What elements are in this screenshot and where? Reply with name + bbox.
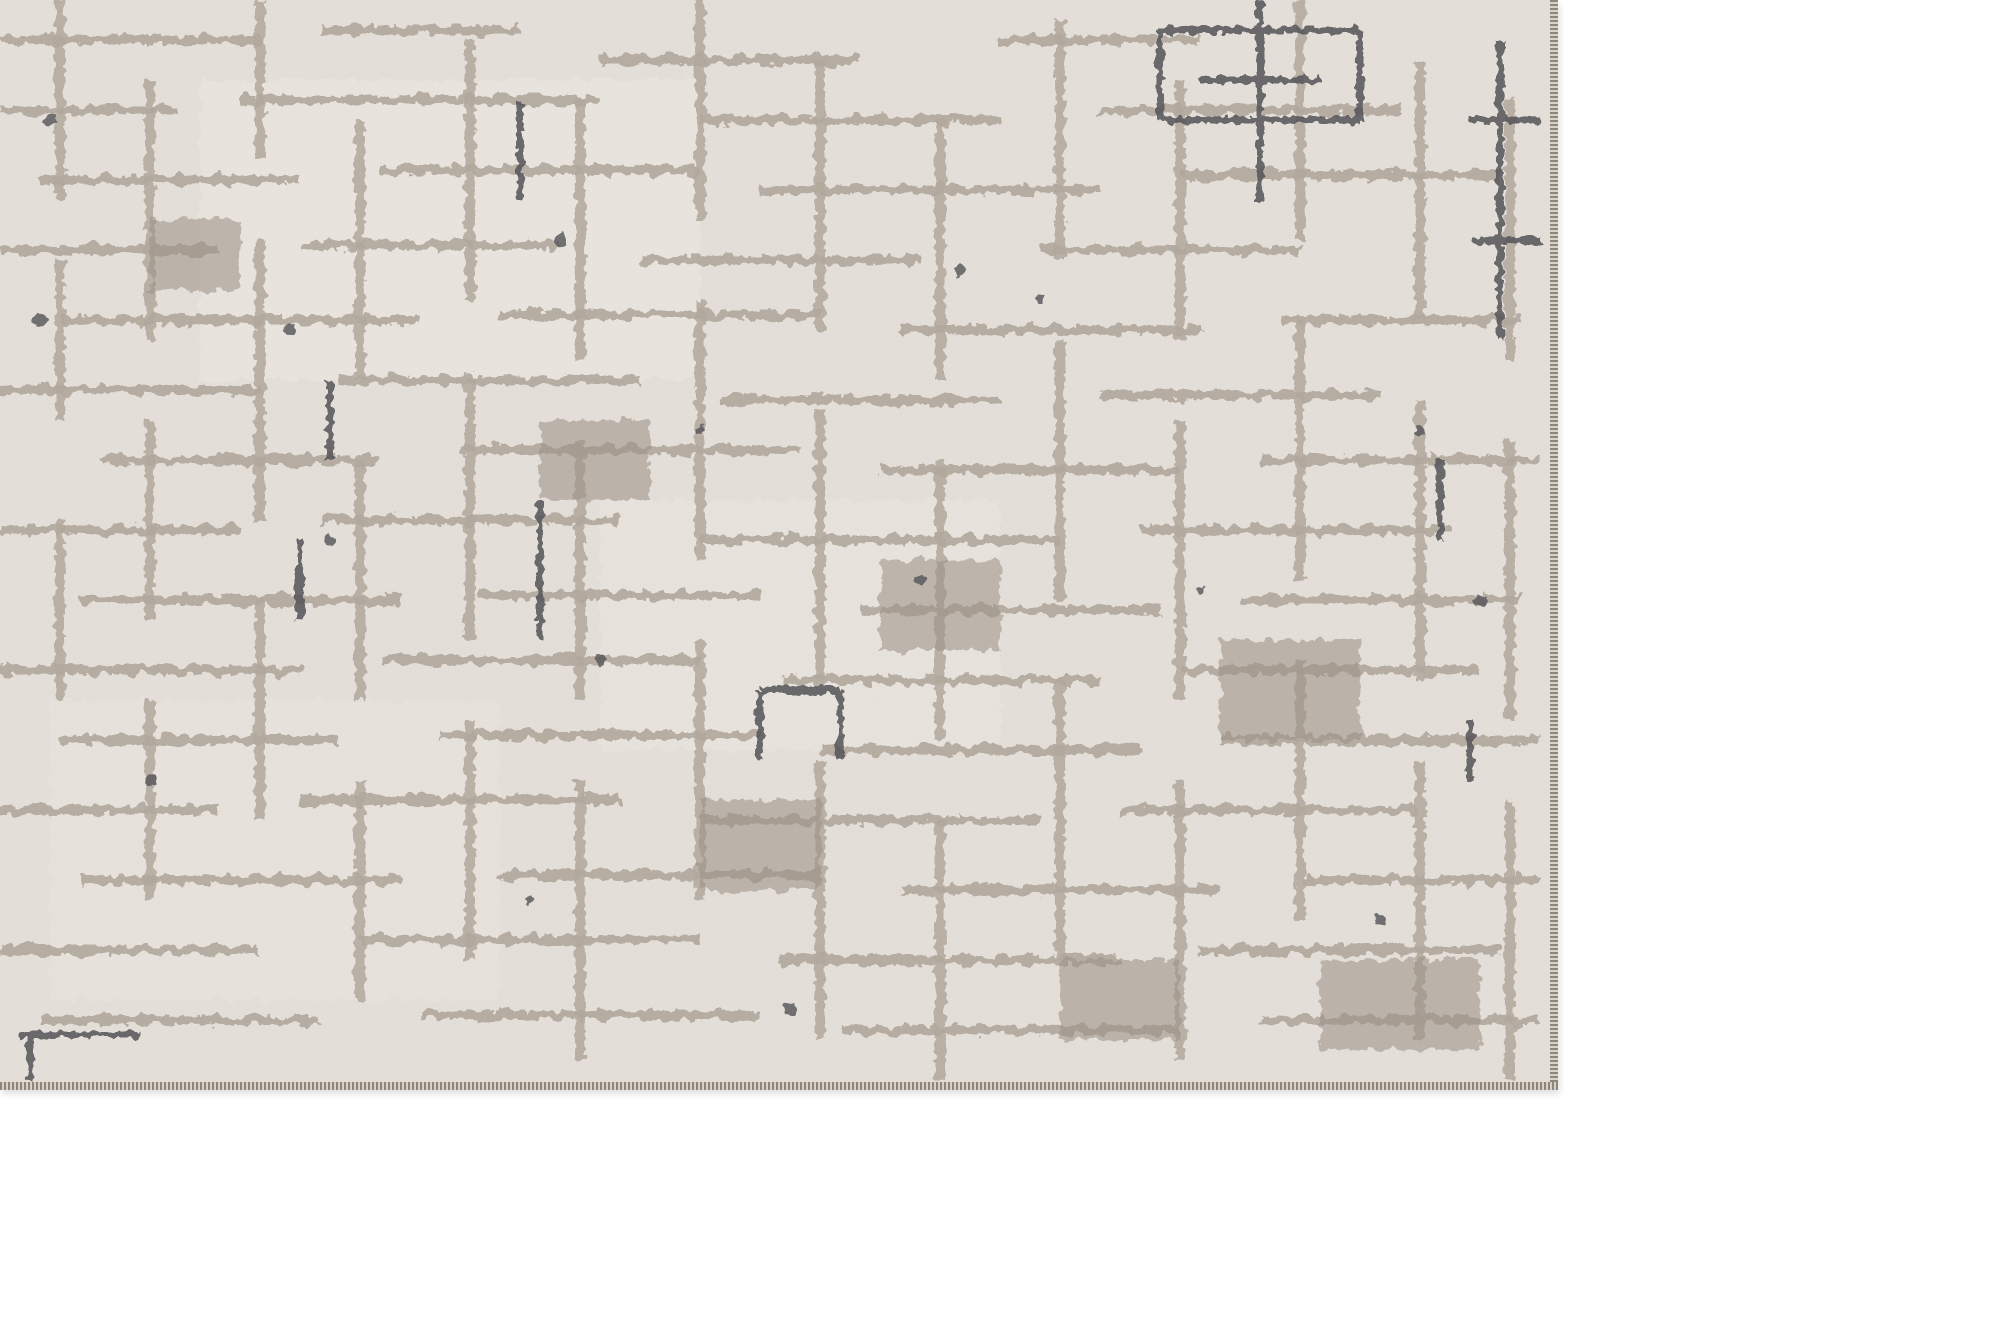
rug-serged-edge-bottom xyxy=(0,1082,1558,1090)
rug-corner xyxy=(0,0,1558,1090)
product-photo-canvas: Cream rug with taupe and charcoal crossh… xyxy=(0,0,2000,1333)
rug-pattern xyxy=(0,0,1558,1090)
rug-serged-edge-right xyxy=(1550,0,1558,1090)
